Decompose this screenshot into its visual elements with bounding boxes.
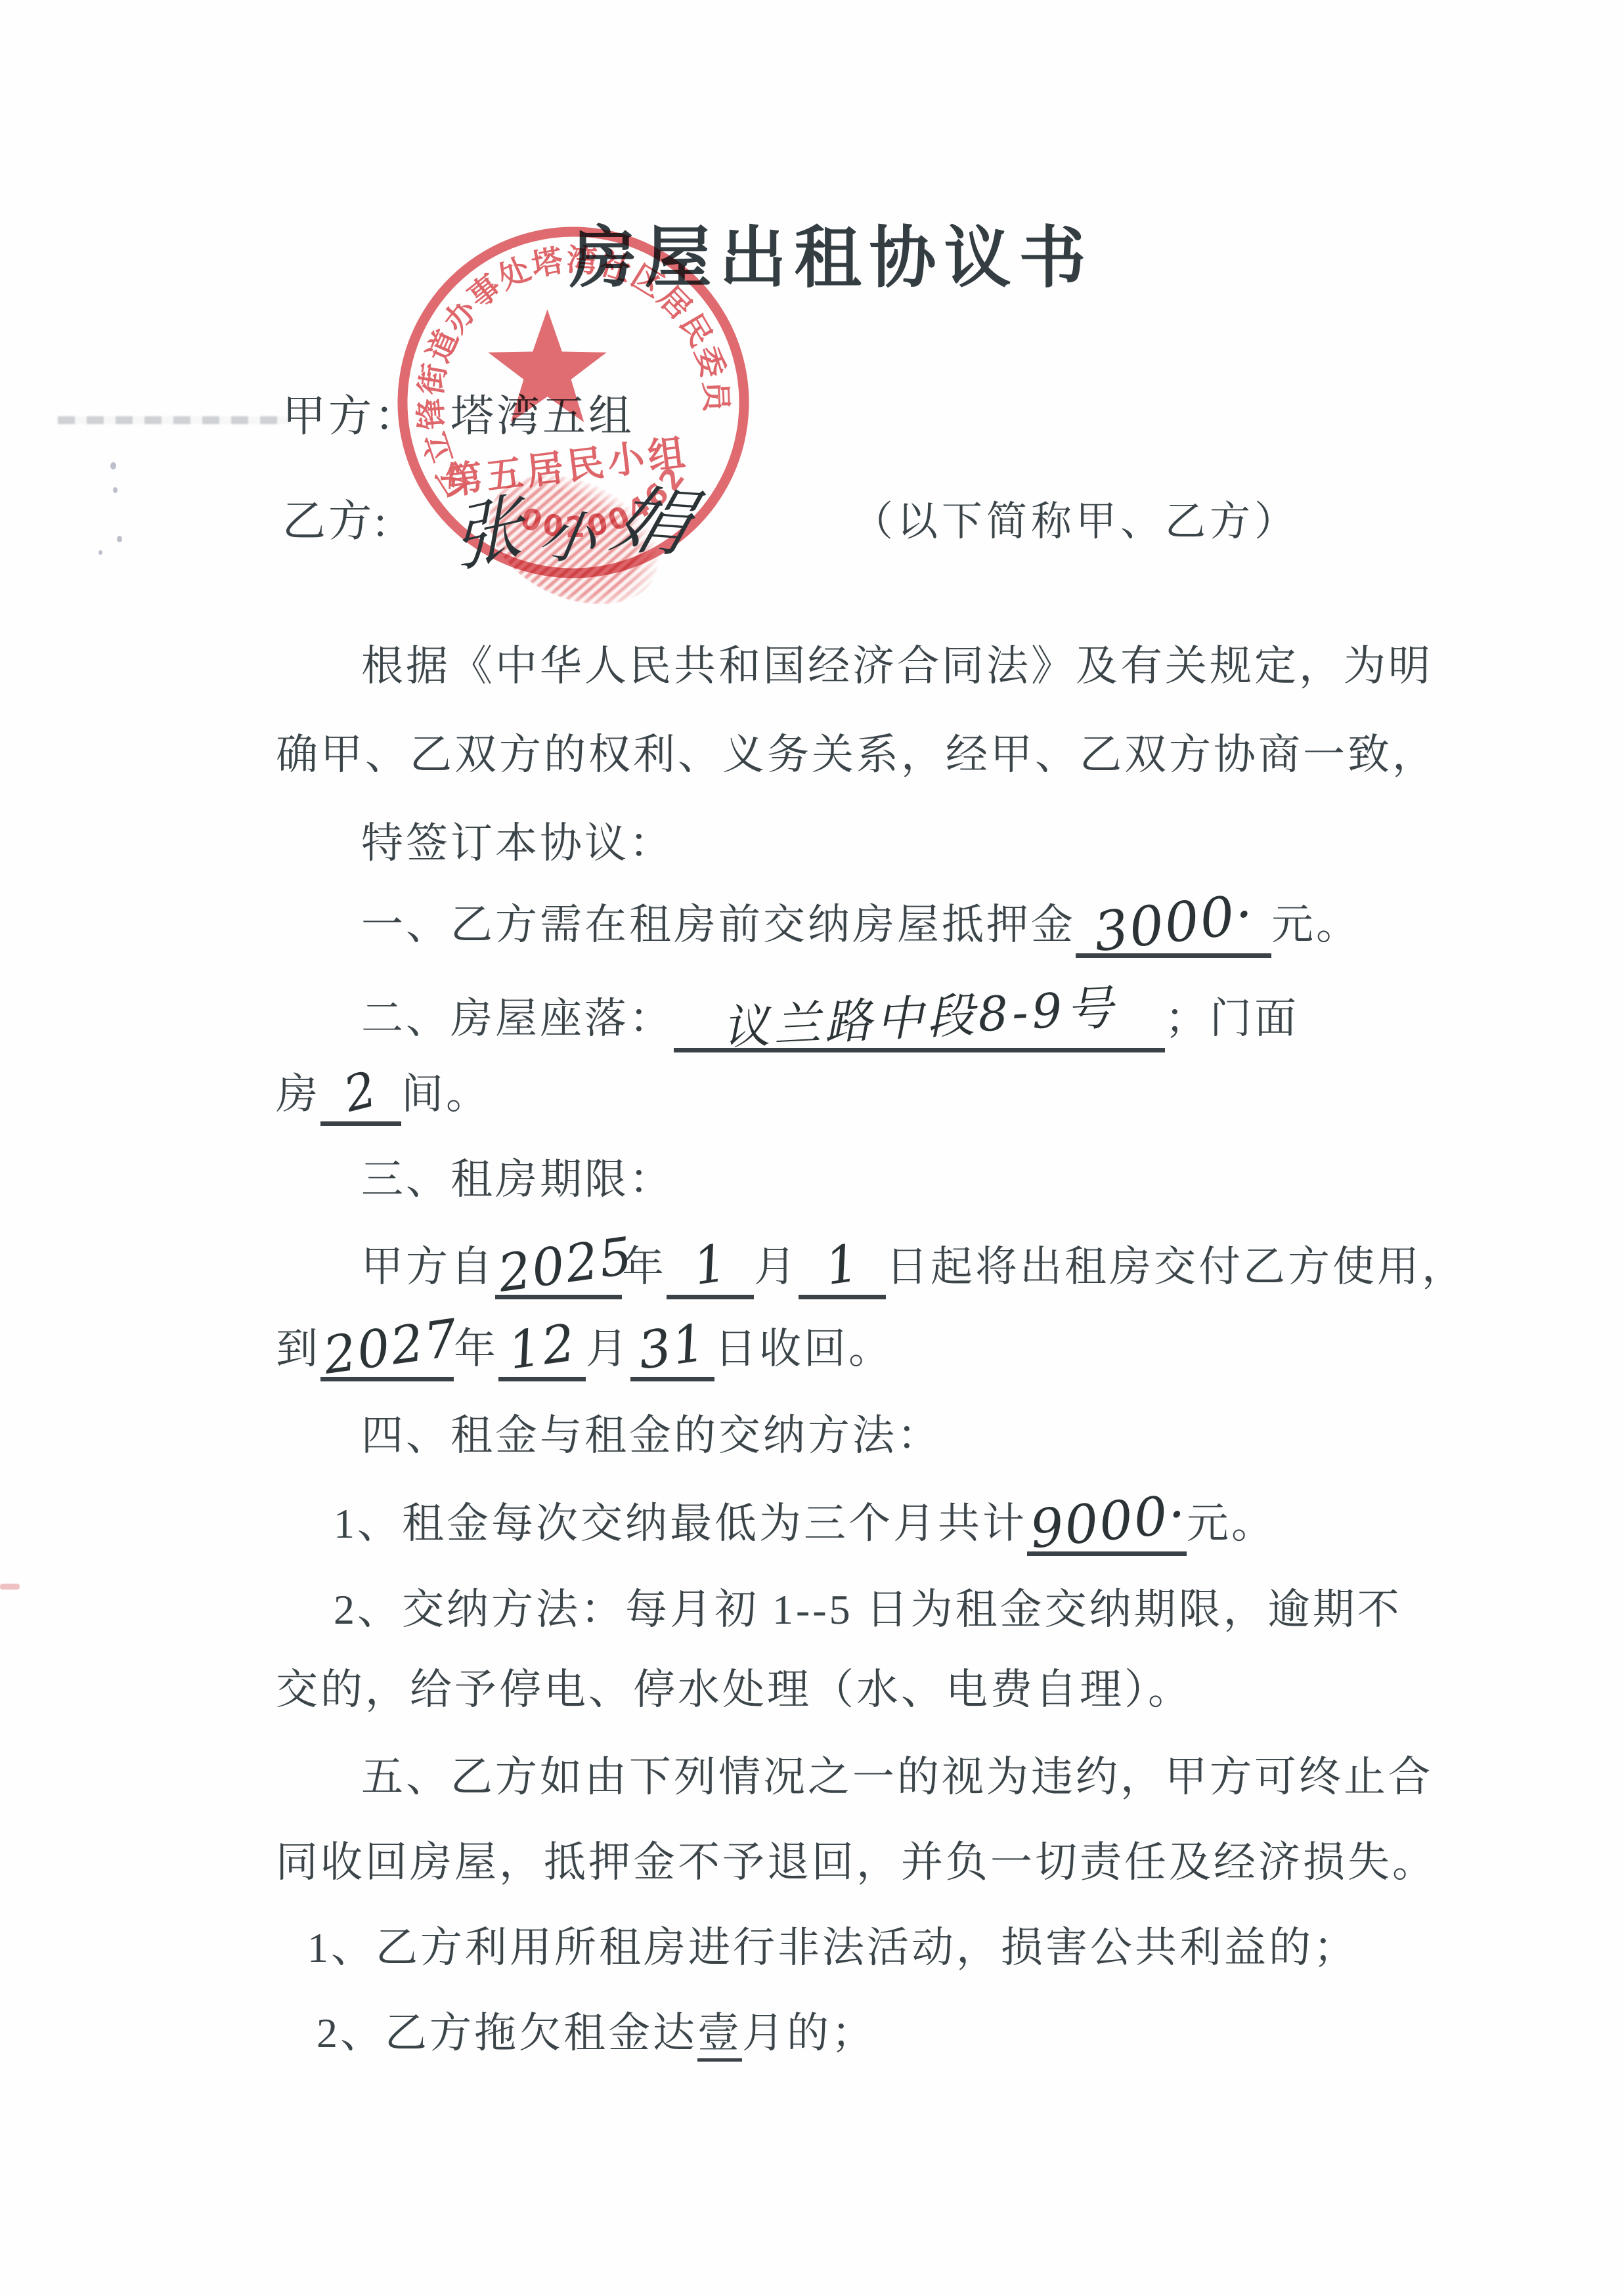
rent-unit: 元。 [1187,1500,1276,1547]
party-abbreviation-note: （以下简称甲、乙方） [852,488,1299,547]
scan-speck [99,550,102,555]
month-label: 月 [754,1244,799,1290]
start-month-handwritten: 1 [690,1234,732,1297]
rooms-count-handwritten: 2 [338,1060,383,1123]
document-title: 房屋出租协议书 [20,205,1624,301]
clause-3-heading: 三、租房期限： [276,1146,674,1206]
start-suffix: 日起将出租房交付乙方使用， [886,1244,1466,1290]
clause-1-deposit: 一、乙方需在租房前交纳房屋抵押金3000·元。 [276,890,1361,958]
party-b-signature-handwritten: 张小娟 [449,465,655,581]
end-year-handwritten: 2027 [320,1309,462,1386]
deposit-amount-handwritten: 3000· [1090,882,1258,964]
preamble-line-3: 特签订本协议： [276,810,674,870]
start-prefix: 甲方自 [361,1244,495,1290]
clause-1-unit: 元。 [1271,901,1361,948]
clause-2-location: 二、房屋座落：议兰路中段8-9号；门面 [276,978,1299,1052]
clause-5-item-2: 2、乙方拖欠租金达壹月的； [276,1999,876,2060]
end-day-blank: 31 [630,1316,714,1381]
address-handwritten: 议兰路中段8-9号 [720,969,1119,1058]
arrears-prefix: 2、乙方拖欠租金达 [317,2010,697,2056]
scan-smudge [58,416,289,424]
end-day-handwritten: 31 [635,1313,711,1381]
start-year-blank: 2025 [495,1234,622,1299]
end-prefix: 到 [276,1326,320,1372]
clause-5-item-1: 1、乙方利用所租房进行非法活动，损害公共利益的； [276,1914,1358,1974]
signature-char: 小 [534,491,603,575]
rent-prefix: 1、租金每次交纳最低为三个月共计 [334,1500,1027,1547]
scan-red-mark [0,1584,20,1590]
seal-star [488,309,607,422]
end-suffix: 日收回。 [714,1326,893,1372]
month-label: 月 [586,1326,630,1372]
scan-speck [117,536,122,542]
end-month-handwritten: 12 [504,1313,580,1381]
preamble-line-2: 确甲、乙双方的权利、义务关系，经甲、乙双方协商一致， [276,721,1437,781]
address-blank: 议兰路中段8-9号 [674,978,1165,1052]
deposit-amount-blank: 3000· [1076,890,1271,958]
clause-2-text: 二、房屋座落： [361,995,674,1042]
clause-5-line-1: 五、乙方如由下列情况之一的视为违约，甲方可终止合 [276,1743,1433,1804]
arrears-suffix: 月的； [742,2010,876,2056]
end-month-blank: 12 [498,1316,586,1381]
rooms-count-blank: 2 [320,1064,401,1126]
rent-amount-handwritten: 9000· [1027,1483,1189,1560]
clause-4-item-2-line-2: 交的，给予停电、停水处理（水、电费自理）。 [276,1656,1193,1716]
clause-3-end-date: 到2027年12月31日收回。 [276,1315,893,1381]
clause-4-item-1: 1、租金每次交纳最低为三个月共计9000·元。 [276,1489,1276,1556]
clause-5-line-2: 同收回房屋，抵押金不予退回，并负一切责任及经济损失。 [276,1829,1437,1889]
clause-3-start-date: 甲方自2025年1月1日起将出租房交付乙方使用， [276,1233,1466,1299]
clause-2-rooms: 房2间。 [276,1060,491,1126]
rooms-prefix: 房 [276,1071,320,1117]
start-year-handwritten: 2025 [494,1226,637,1304]
rent-amount-blank: 9000· [1027,1489,1187,1556]
underlined-one-month: 壹 [697,2010,742,2062]
start-day-blank: 1 [799,1234,886,1299]
scan-speck [113,487,118,493]
preamble-line-1: 根据《中华人民共和国经济合同法》及有关规定，为明 [276,632,1433,693]
start-day-handwritten: 1 [822,1234,864,1297]
signature-char: 张 [450,467,524,586]
clause-4-heading: 四、租金与租金的交纳方法： [276,1402,942,1462]
end-year-blank: 2027 [320,1316,454,1381]
start-month-blank: 1 [667,1234,754,1299]
clause-1-text: 一、乙方需在租房前交纳房屋抵押金 [361,901,1076,948]
clause-4-item-2-line-1: 2、交纳方法：每月初 1--5 日为租金交纳期限，逾期不 [276,1576,1402,1636]
clause-2-suffix: ；门面 [1165,995,1299,1042]
scanned-rental-agreement-page: 房屋出租协议书 甲方：塔湾五组 乙方: （以下简称甲、乙方） 张小娟 根据《中华… [0,0,1624,2296]
scan-speck [110,462,116,469]
rooms-suffix: 间。 [401,1071,491,1117]
